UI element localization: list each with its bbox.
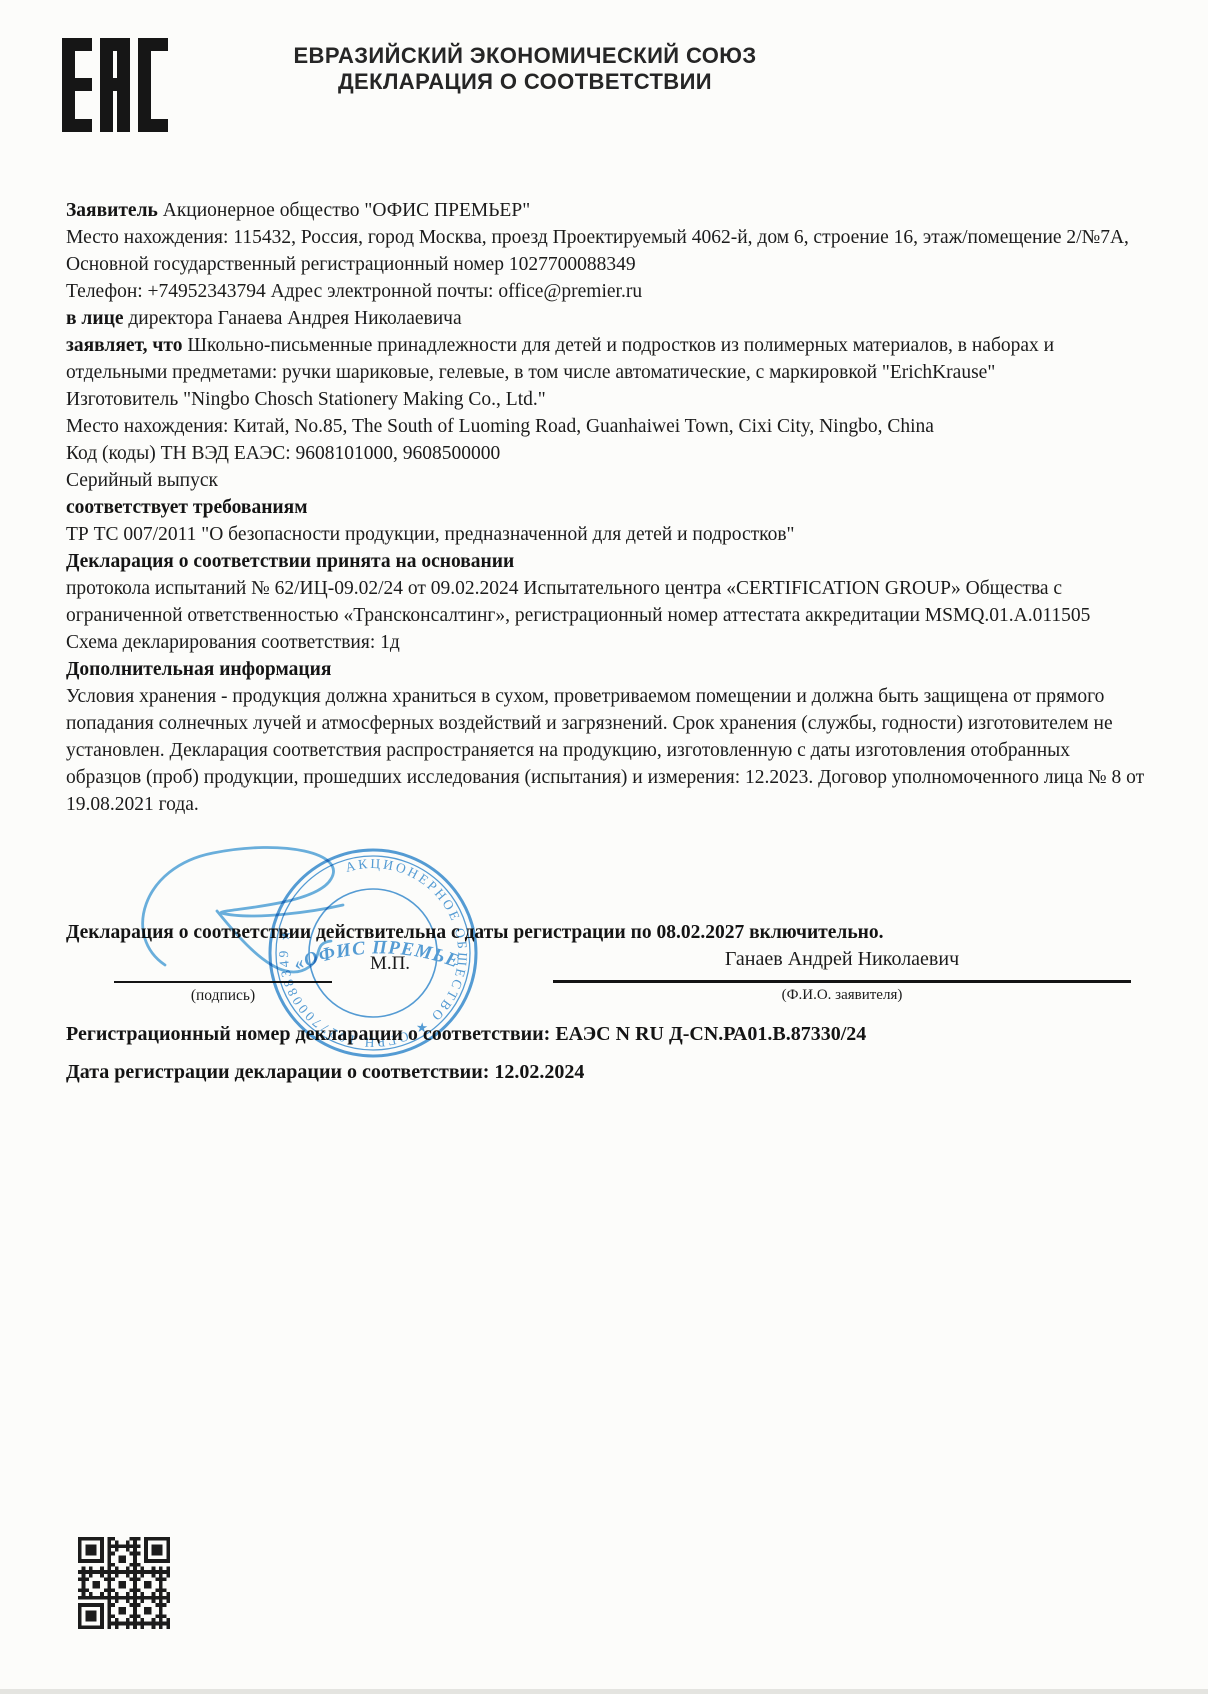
name-line (553, 980, 1131, 983)
declaration-document: ЕВРАЗИЙСКИЙ ЭКОНОМИЧЕСКИЙ СОЮЗ ДЕКЛАРАЦИ… (0, 0, 1208, 1694)
paragraph-lead: Декларация о соответствии принята на осн… (66, 551, 514, 572)
paragraph: Декларация о соответствии принята на осн… (66, 548, 1148, 575)
paragraph-lead: в лице (66, 308, 123, 329)
paragraph-text: ТР ТС 007/2011 "О безопасности продукции… (66, 524, 795, 545)
registration-date-line: Дата регистрации декларации о соответств… (66, 1061, 1166, 1084)
paragraph-text: Схема декларирования соответствия: 1д (66, 632, 400, 653)
paragraph: Место нахождения: Китай, No.85, The Sout… (66, 413, 1148, 440)
paragraph: ТР ТС 007/2011 "О безопасности продукции… (66, 521, 1148, 548)
paragraph-text: Место нахождения: 115432, Россия, город … (66, 227, 1129, 275)
registration-number-line: Регистрационный номер декларации о соотв… (66, 1023, 1166, 1046)
paragraph-text: Изготовитель "Ningbo Chosch Stationery M… (66, 389, 546, 410)
paragraph-lead: заявляет, что (66, 335, 183, 356)
paragraph-text: Акционерное общество "ОФИС ПРЕМЬЕР" (158, 200, 530, 221)
paragraph-lead: Дополнительная информация (66, 659, 331, 680)
paragraph: заявляет, что Школьно-письменные принадл… (66, 332, 1148, 386)
registration-date-label: Дата регистрации декларации о соответств… (66, 1061, 494, 1083)
paragraph-lead: соответствует требованиям (66, 497, 308, 518)
paragraph: Схема декларирования соответствия: 1д (66, 629, 1148, 656)
paragraph: Код (коды) ТН ВЭД ЕАЭС: 9608101000, 9608… (66, 440, 1148, 467)
paragraph: Условия хранения - продукция должна хран… (66, 683, 1148, 818)
paragraph-text: Телефон: +74952343794 Адрес электронной … (66, 281, 642, 302)
title-line-union: ЕВРАЗИЙСКИЙ ЭКОНОМИЧЕСКИЙ СОЮЗ (125, 43, 925, 69)
paragraph: протокола испытаний № 62/ИЦ-09.02/24 от … (66, 575, 1148, 629)
document-body: Заявитель Акционерное общество "ОФИС ПРЕ… (66, 197, 1148, 818)
paragraph: Дополнительная информация (66, 656, 1148, 683)
paragraph-text: Место нахождения: Китай, No.85, The Sout… (66, 416, 934, 437)
registration-number-value: ЕАЭС N RU Д-CN.РА01.В.87330/24 (555, 1023, 866, 1045)
paragraph: в лице директора Ганаева Андрея Николаев… (66, 305, 1148, 332)
registration-date-value: 12.02.2024 (494, 1061, 584, 1083)
paragraph-text: Код (коды) ТН ВЭД ЕАЭС: 9608101000, 9608… (66, 443, 500, 464)
qr-code (78, 1537, 170, 1629)
paragraph: Серийный выпуск (66, 467, 1148, 494)
applicant-name: Ганаев Андрей Николаевич (553, 948, 1131, 971)
document-title: ЕВРАЗИЙСКИЙ ЭКОНОМИЧЕСКИЙ СОЮЗ ДЕКЛАРАЦИ… (125, 43, 925, 95)
scan-edge (0, 1689, 1208, 1694)
signature (95, 825, 395, 1010)
paragraph: Телефон: +74952343794 Адрес электронной … (66, 278, 1148, 305)
paragraph-text: Серийный выпуск (66, 470, 218, 491)
paragraph: Место нахождения: 115432, Россия, город … (66, 224, 1148, 278)
paragraph: соответствует требованиям (66, 494, 1148, 521)
title-line-declaration: ДЕКЛАРАЦИЯ О СООТВЕТСТВИИ (125, 69, 925, 95)
paragraph: Заявитель Акционерное общество "ОФИС ПРЕ… (66, 197, 1148, 224)
paragraph-text: Школьно-письменные принадлежности для де… (66, 335, 1054, 383)
paragraph-text: протокола испытаний № 62/ИЦ-09.02/24 от … (66, 578, 1090, 626)
paragraph-text: директора Ганаева Андрея Николаевича (123, 308, 461, 329)
paragraph: Изготовитель "Ningbo Chosch Stationery M… (66, 386, 1148, 413)
paragraph-text: Условия хранения - продукция должна хран… (66, 686, 1144, 815)
paragraph-lead: Заявитель (66, 200, 158, 221)
name-caption: (Ф.И.О. заявителя) (553, 987, 1131, 1004)
